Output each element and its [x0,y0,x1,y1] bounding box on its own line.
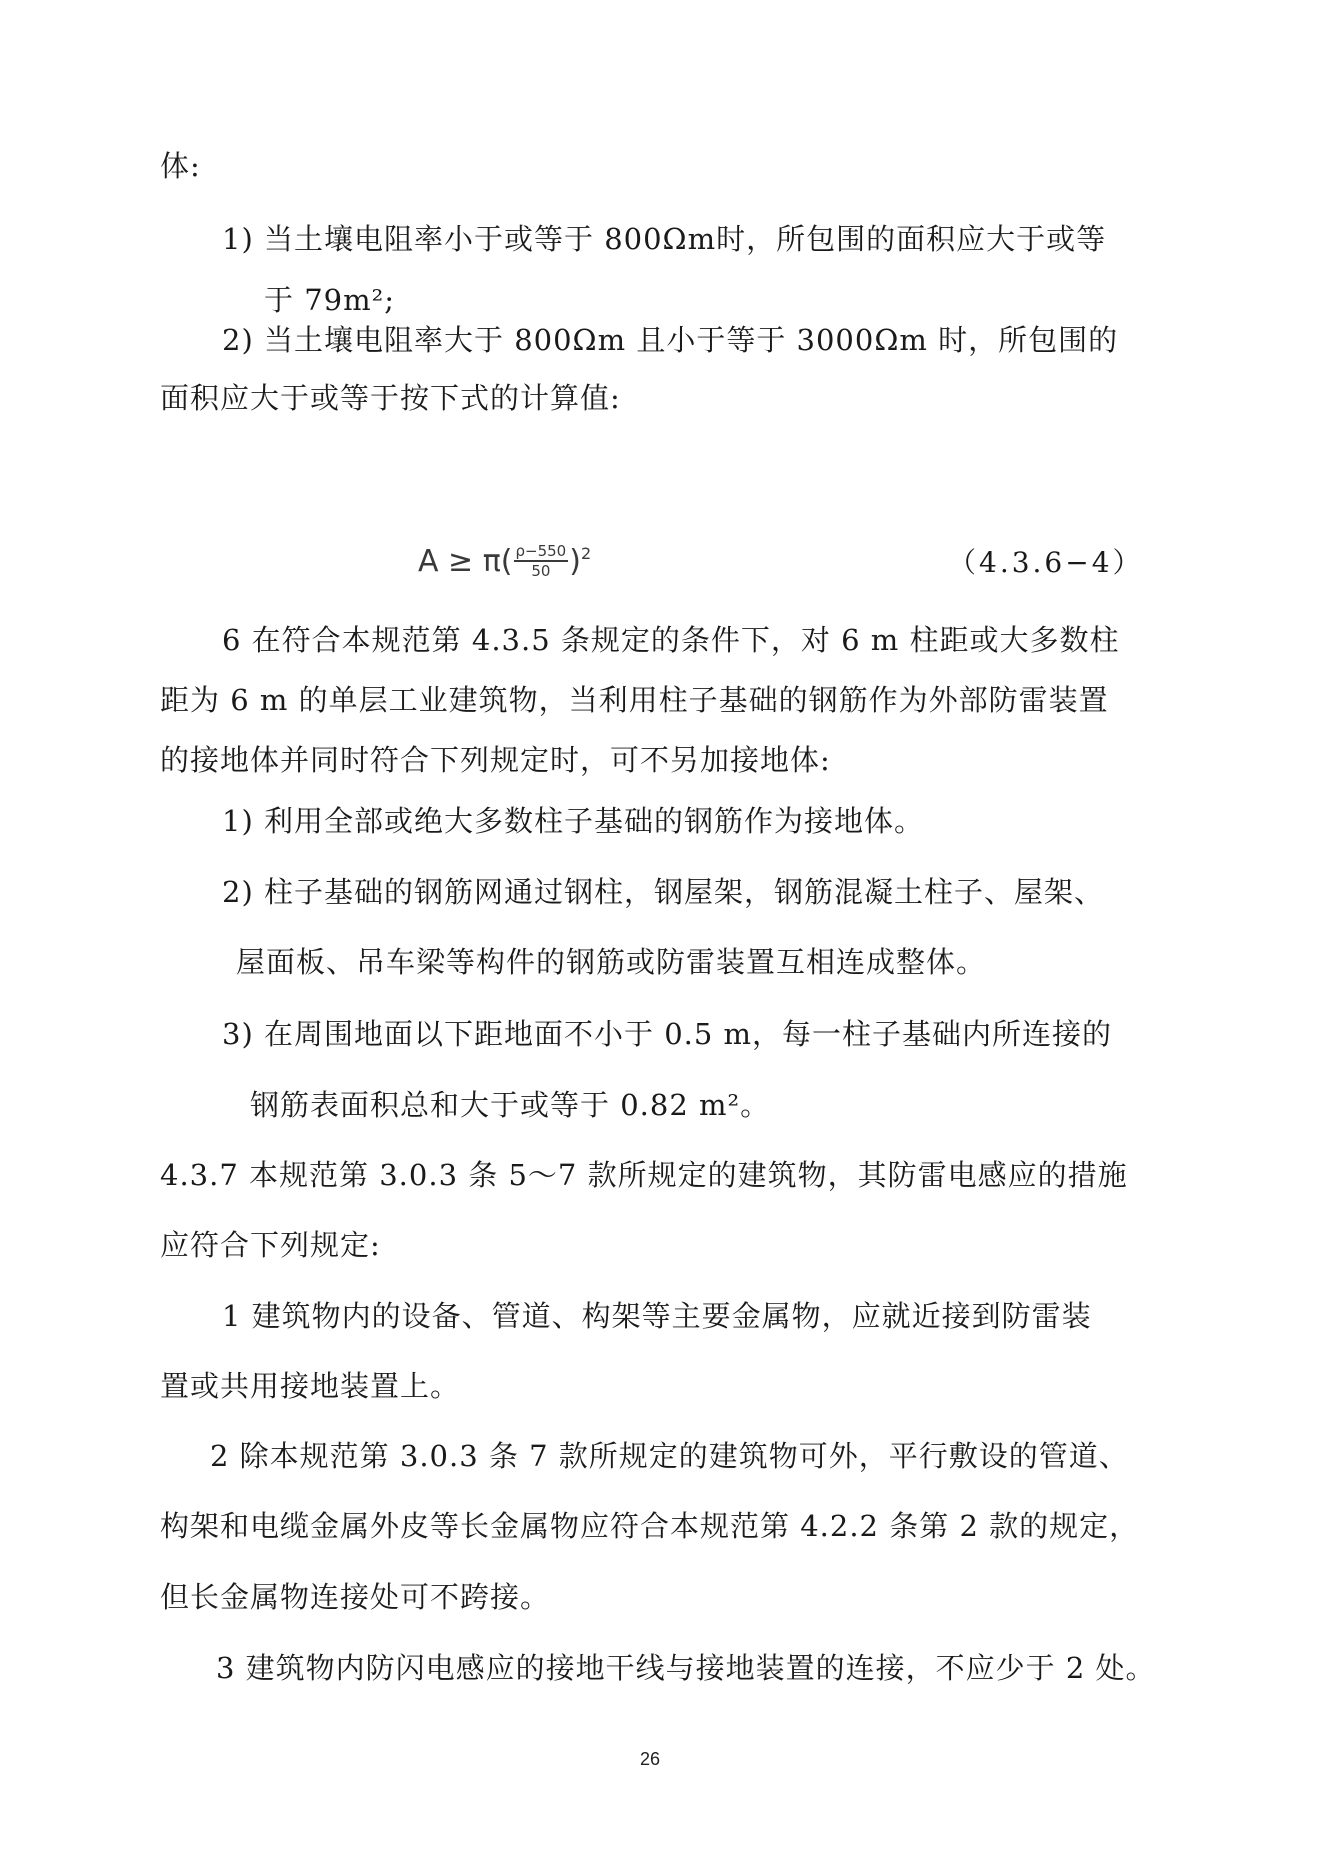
clause-2-cont: 但长金属物连接处可不跨接。 [160,1577,550,1617]
section-4-3-7-cont: 应符合下列规定: [160,1225,381,1265]
clause-1: 1 建筑物内的设备、管道、构架等主要金属物，应就近接到防雷装 [222,1296,1092,1336]
sub-item-3: 3) 在周围地面以下距地面不小于 0.5 m，每一柱子基础内所连接的 [222,1014,1112,1054]
list-item-1-cont: 于 79m²; [264,280,395,320]
formula-numerator: ρ−550 [514,542,569,562]
formula-rhs: ) [569,544,581,579]
formula-lhs: A ≥ π( [418,544,513,579]
clause-2-cont: 构架和电缆金属外皮等长金属物应符合本规范第 4.2.2 条第 2 款的规定， [160,1506,1139,1546]
formula: A ≥ π( ρ−550 50 ) 2 [418,533,591,589]
formula-exponent: 2 [581,544,591,563]
equation-number: （4.3.6−4） [948,541,1144,581]
clause-2: 2 除本规范第 3.0.3 条 7 款所规定的建筑物可外，平行敷设的管道、 [210,1436,1129,1476]
clause-6: 6 在符合本规范第 4.3.5 条规定的条件下，对 6 m 柱距或大多数柱 [222,620,1120,660]
sub-item-3-cont: 钢筋表面积总和大于或等于 0.82 m²。 [250,1085,770,1125]
text-line: 体: [160,146,201,186]
clause-1-cont: 置或共用接地装置上。 [160,1366,460,1406]
sub-item-1: 1) 利用全部或绝大多数柱子基础的钢筋作为接地体。 [222,801,924,841]
formula-fraction: ρ−550 50 [514,542,569,580]
list-item-2: 2) 当土壤电阻率大于 800Ωm 且小于等于 3000Ωm 时，所包围的 [222,320,1118,360]
clause-6-cont: 的接地体并同时符合下列规定时，可不另加接地体: [160,740,831,780]
sub-item-2: 2) 柱子基础的钢筋网通过钢柱，钢屋架，钢筋混凝土柱子、屋架、 [222,872,1104,912]
clause-3: 3 建筑物内防闪电感应的接地干线与接地装置的连接，不应少于 2 处。 [216,1648,1156,1688]
list-item-1: 1) 当土壤电阻率小于或等于 800Ωm时，所包围的面积应大于或等 [222,219,1106,259]
list-item-2-cont: 面积应大于或等于按下式的计算值: [160,378,621,418]
clause-6-cont: 距为 6 m 的单层工业建筑物，当利用柱子基础的钢筋作为外部防雷装置 [160,680,1109,720]
sub-item-2-cont: 屋面板、吊车梁等构件的钢筋或防雷装置互相连成整体。 [236,942,986,982]
formula-denominator: 50 [531,562,550,580]
page-number: 26 [640,1749,660,1770]
section-4-3-7: 4.3.7 本规范第 3.0.3 条 5～7 款所规定的建筑物，其防雷电感应的措… [160,1155,1128,1195]
